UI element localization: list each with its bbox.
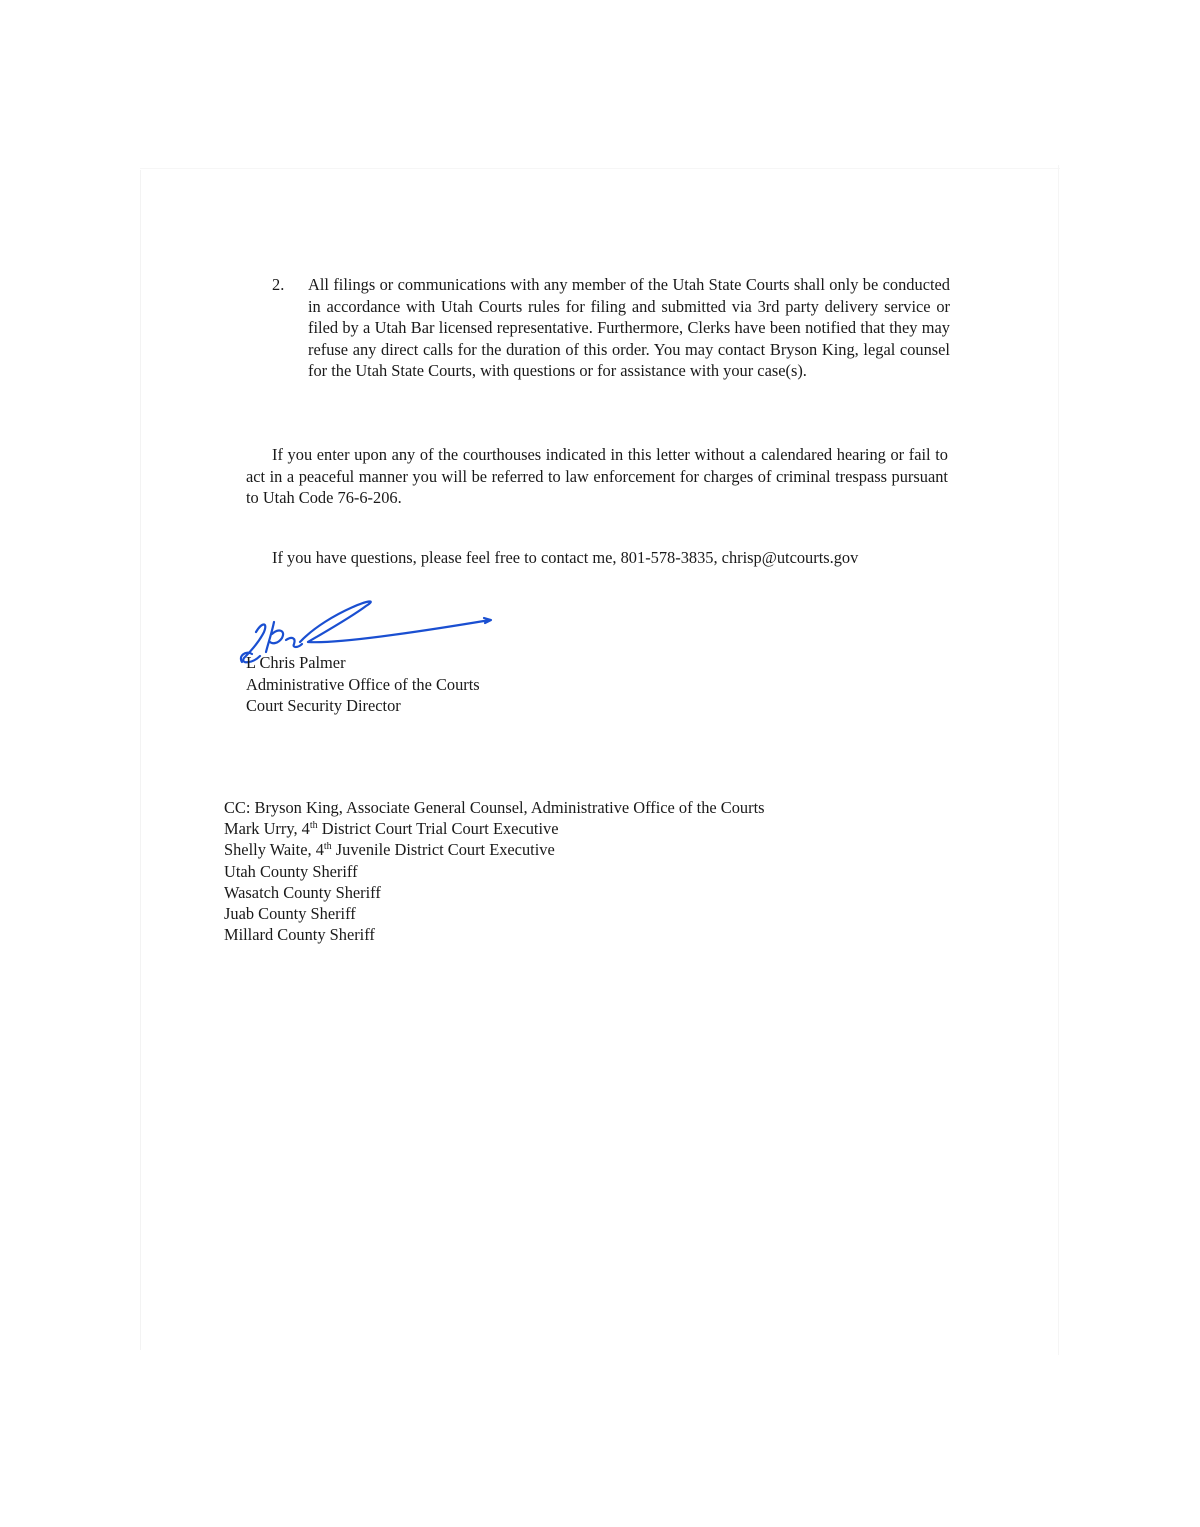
cc-list: CC: Bryson King, Associate General Couns… bbox=[224, 797, 765, 945]
signer-name: L Chris Palmer bbox=[246, 652, 480, 674]
cc-line: Shelly Waite, 4th Juvenile District Cour… bbox=[224, 839, 765, 860]
scan-edge-top bbox=[140, 168, 1060, 169]
numbered-item-2: 2. All filings or communications with an… bbox=[272, 274, 950, 382]
cc-line: Juab County Sheriff bbox=[224, 903, 765, 924]
cc-line: Wasatch County Sheriff bbox=[224, 882, 765, 903]
trespass-paragraph: If you enter upon any of the courthouses… bbox=[246, 444, 948, 509]
cc-line: Millard County Sheriff bbox=[224, 924, 765, 945]
cc-line: CC: Bryson King, Associate General Couns… bbox=[224, 797, 765, 818]
item-number: 2. bbox=[272, 274, 284, 296]
item-text: All filings or communications with any m… bbox=[308, 274, 950, 382]
signature-block: L Chris Palmer Administrative Office of … bbox=[246, 652, 480, 717]
contact-line: If you have questions, please feel free … bbox=[272, 547, 972, 569]
cc-line: Utah County Sheriff bbox=[224, 861, 765, 882]
scan-edge-right bbox=[1058, 165, 1059, 1355]
signer-title: Court Security Director bbox=[246, 695, 480, 717]
scan-edge-left bbox=[140, 170, 141, 1350]
cc-line: Mark Urry, 4th District Court Trial Cour… bbox=[224, 818, 765, 839]
signer-office: Administrative Office of the Courts bbox=[246, 674, 480, 696]
